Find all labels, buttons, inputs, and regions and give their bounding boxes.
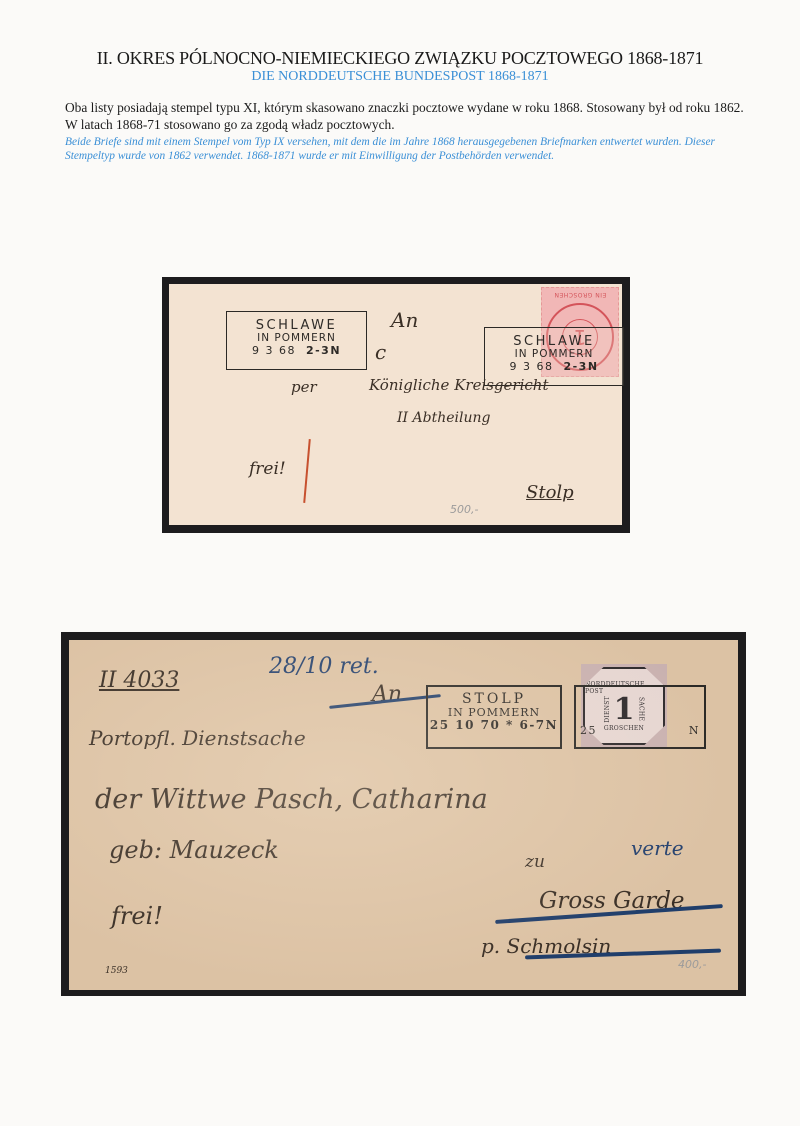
handwriting-frei: frei! xyxy=(111,902,163,930)
pencil-price: 400,- xyxy=(678,958,706,971)
cover-1-envelope: SCHLAWE IN POMMERN 9 3 68 2-3N EIN GROSC… xyxy=(162,277,630,533)
page-subtitle: DIE NORDDEUTSCHE BUNDESPOST 1868-1871 xyxy=(0,69,800,85)
postmark-date: 25 10 70 * 6-7N xyxy=(428,719,560,732)
handwriting-department: II Abtheilung xyxy=(397,410,490,426)
red-crayon-mark xyxy=(303,439,311,503)
page-title: II. OKRES PÓLNOCNO-NIEMIECKIEGO ZWIĄZKU … xyxy=(0,48,800,69)
handwriting-verte: verte xyxy=(631,836,684,860)
stamp-top-text: EIN GROSCHEN xyxy=(554,291,606,298)
pencil-price: 500,- xyxy=(450,503,478,516)
handwriting-zu: zu xyxy=(525,852,545,872)
handwriting-destination: Stolp xyxy=(526,482,574,503)
handwriting-addressee-line1: der Wittwe Pasch, Catharina xyxy=(95,784,488,815)
postmark-stolp-right: 25N xyxy=(574,685,706,749)
handwriting-return-note: 28/10 ret. xyxy=(269,654,379,679)
handwriting-ref-number: II 4033 xyxy=(99,668,179,693)
postmark-date: 25N xyxy=(576,725,704,737)
handwriting-addressee: Königliche Kreisgericht xyxy=(369,376,548,394)
postmark-schlawe-left: SCHLAWE IN POMMERN 9 3 68 2-3N xyxy=(226,311,367,370)
handwriting-frei: frei! xyxy=(249,459,286,479)
postmark-town: SCHLAWE xyxy=(485,335,623,349)
description-polish: Oba listy posiadają stempel typu XI, któ… xyxy=(65,99,755,133)
postmark-town: SCHLAWE xyxy=(227,319,366,333)
cover-2-envelope: II 4033 28/10 ret. An STOLP IN POMMERN 2… xyxy=(61,632,746,996)
handwriting-per: per xyxy=(291,378,317,396)
handwriting-an: An xyxy=(391,308,418,332)
postmark-date: 9 3 68 2-3N xyxy=(227,345,366,357)
handwriting-addressee-line2: geb: Mauzeck xyxy=(109,836,279,864)
postmark-date: 9 3 68 2-3N xyxy=(485,361,623,373)
postmark-town: STOLP xyxy=(428,692,560,707)
description-german: Beide Briefe sind mit einem Stempel vom … xyxy=(65,135,755,163)
handwriting-service-note: Portopfl. Dienstsache xyxy=(89,726,306,750)
postmark-stolp-left: STOLP IN POMMERN 25 10 70 * 6-7N xyxy=(426,685,562,749)
handwriting-small-number: 1593 xyxy=(105,966,128,976)
handwriting-c: c xyxy=(375,340,386,364)
